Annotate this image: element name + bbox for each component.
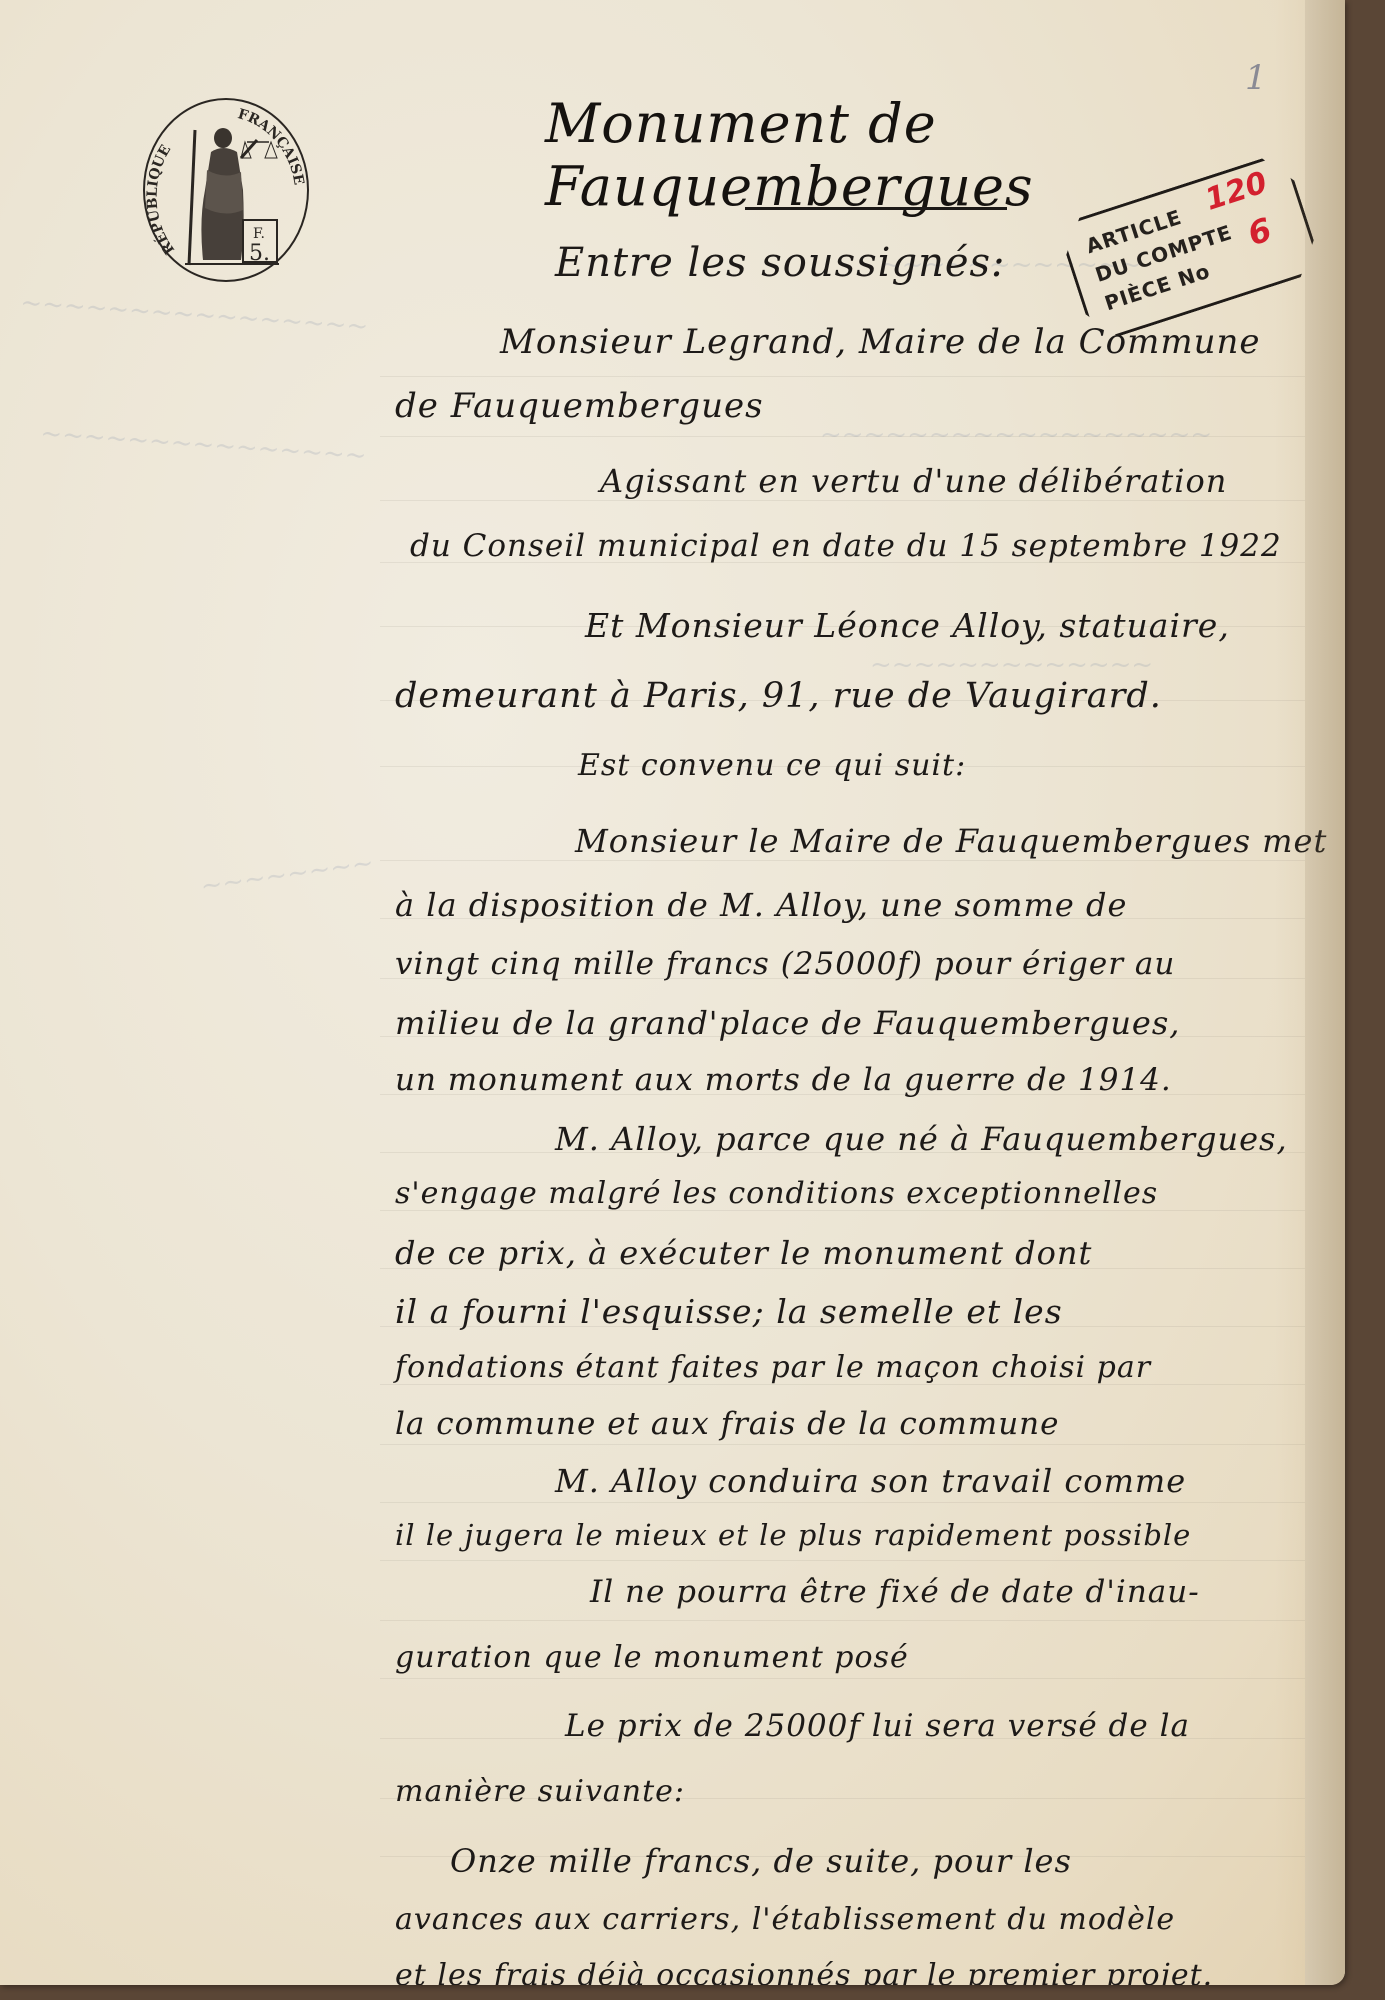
text-line: à la disposition de M. Alloy, une somme … <box>395 886 1127 924</box>
bleed-through-text: ~~~~~~~~~~~~~~~ <box>39 419 367 472</box>
svg-text:RÉPUBLIQUE: RÉPUBLIQUE <box>145 142 178 257</box>
text-line: du Conseil municipal en date du 15 septe… <box>410 528 1282 564</box>
text-line: milieu de la grand'place de Fauquembergu… <box>395 1004 1180 1042</box>
title-underline <box>745 207 1007 210</box>
text-line: manière suivante: <box>395 1774 685 1809</box>
text-line: M. Alloy, parce que né à Fauquembergues, <box>555 1120 1288 1158</box>
ruled-line <box>380 860 1305 861</box>
ruled-line <box>380 376 1305 377</box>
text-line: la commune et aux frais de la commune <box>395 1406 1059 1442</box>
ruled-line <box>380 1678 1305 1679</box>
svg-text:5.: 5. <box>249 241 270 266</box>
bleed-through-text: ~~~~~~~~~~~~~~~~ <box>19 288 369 342</box>
text-line: et les frais déjà occasionnés par le pre… <box>395 1958 1213 1985</box>
text-line: Monsieur le Maire de Fauquembergues met <box>575 822 1327 860</box>
text-line: il a fourni l'esquisse; la semelle et le… <box>395 1292 1063 1331</box>
text-line: Et Monsieur Léonce Alloy, statuaire, <box>585 606 1230 645</box>
page-edge <box>1305 0 1345 1985</box>
text-line: un monument aux morts de la guerre de 19… <box>395 1062 1172 1098</box>
text-line: s'engage malgré les conditions exception… <box>395 1176 1158 1211</box>
heading-entre-les-soussignes: Entre les soussignés: <box>555 240 1006 286</box>
ruled-line <box>380 1620 1305 1621</box>
svg-text:F.: F. <box>253 226 265 242</box>
ruled-line <box>380 1560 1305 1561</box>
text-line: M. Alloy conduira son travail comme <box>555 1462 1186 1500</box>
text-line: avances aux carriers, l'établissement du… <box>395 1902 1175 1937</box>
text-line: de Fauquembergues <box>395 386 764 426</box>
text-line: Il ne pourra être fixé de date d'inau- <box>590 1574 1200 1610</box>
ruled-line <box>380 500 1305 501</box>
text-line: il le jugera le mieux et le plus rapidem… <box>395 1518 1191 1552</box>
text-line: Est convenu ce qui suit: <box>578 748 966 783</box>
text-line: Onze mille francs, de suite, pour les <box>450 1842 1072 1880</box>
ruled-line <box>380 1502 1305 1503</box>
bleed-through-text: ~~~~~~~~ <box>199 848 376 902</box>
text-line: Monsieur Legrand, Maire de la Commune <box>500 322 1261 362</box>
text-line: vingt cinq mille francs (25000f) pour ér… <box>395 946 1175 982</box>
text-line: guration que le monument posé <box>395 1640 909 1675</box>
text-line: Agissant en vertu d'une délibération <box>600 462 1227 500</box>
text-line: de ce prix, à exécuter le monument dont <box>395 1234 1092 1272</box>
republique-francaise-seal: RÉPUBLIQUE FRANÇAISE F. 5. <box>143 98 309 282</box>
ruled-line <box>380 1444 1305 1445</box>
text-line: demeurant à Paris, 91, rue de Vaugirard. <box>395 676 1162 716</box>
document-page: ~~~~~~~~~~~~~~~~ ~~~~~~~~~~~~~~~ ~~~~~~~… <box>0 0 1345 1985</box>
marianne-justice-icon: RÉPUBLIQUE FRANÇAISE F. 5. <box>145 100 307 280</box>
text-line: Le prix de 25000f lui sera versé de la <box>565 1708 1190 1744</box>
text-line: fondations étant faites par le maçon cho… <box>395 1350 1151 1385</box>
bleed-through-text: ~~~~~~~~~~~~~~~~~~ <box>820 420 1212 450</box>
